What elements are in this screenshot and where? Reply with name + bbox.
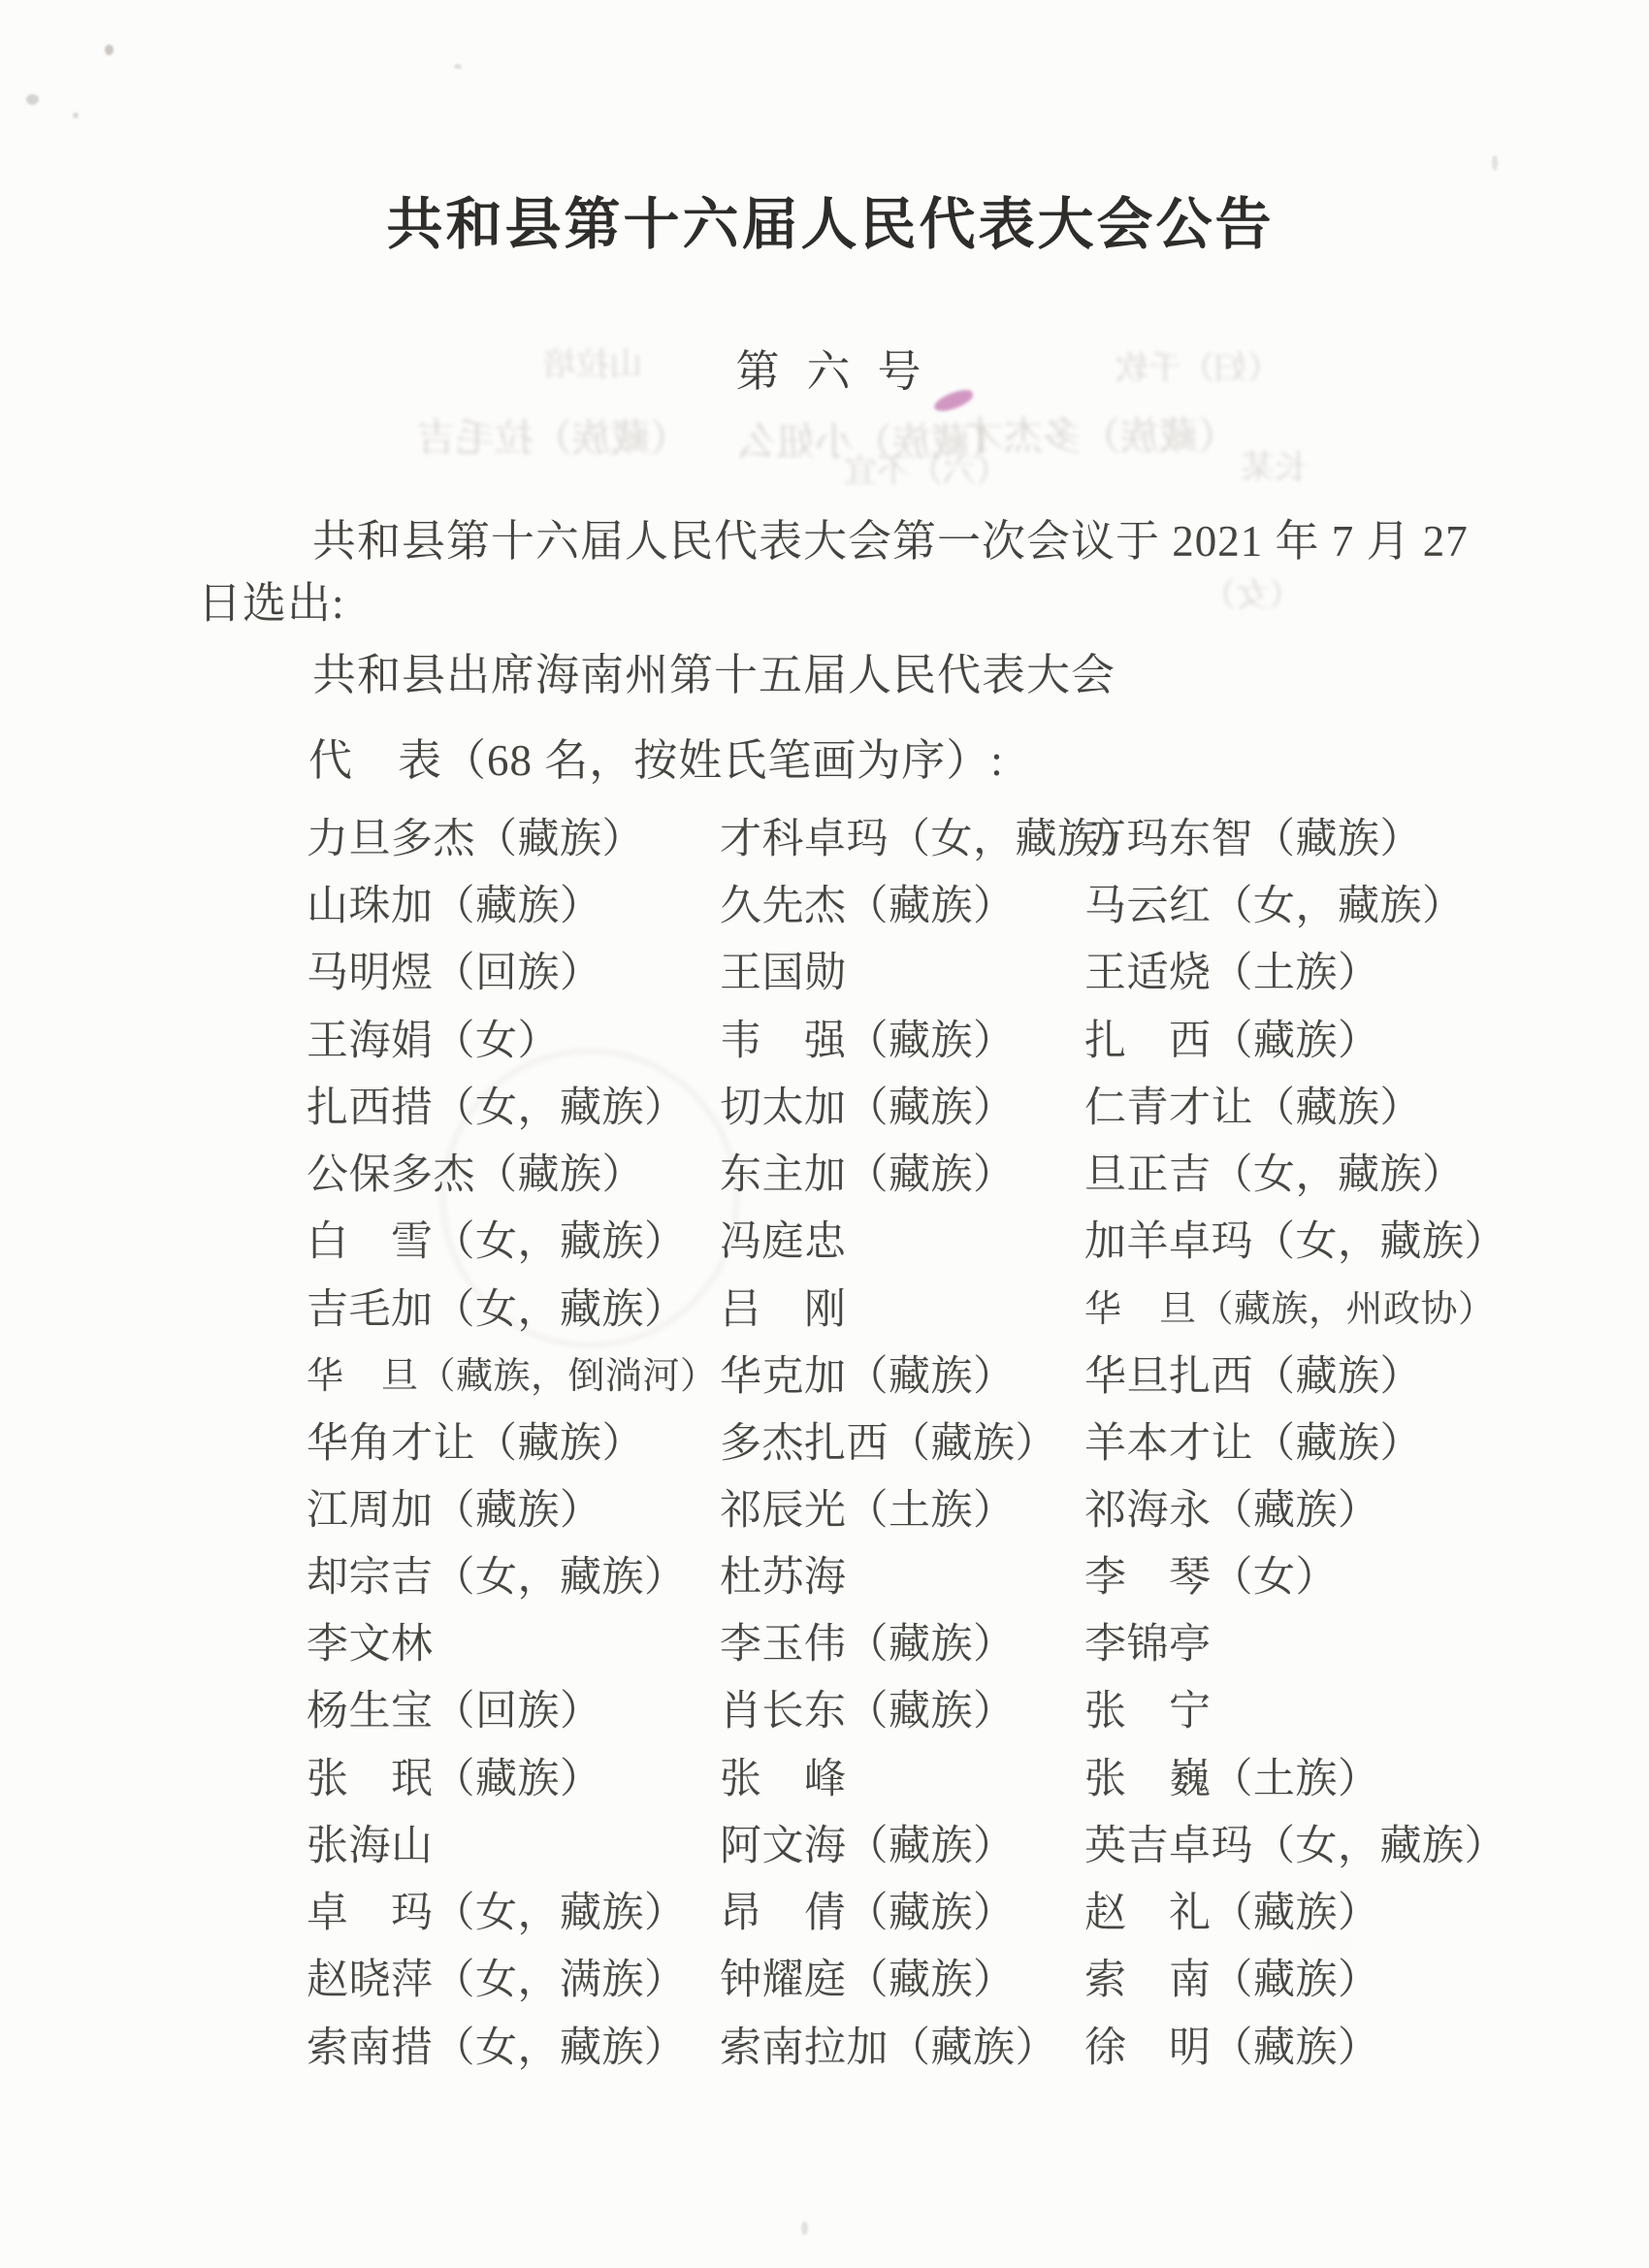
delegate-name: 杜苏海 (720, 1554, 847, 1602)
delegate-name: 索 南（藏族） (1084, 1957, 1380, 2004)
delegate-name: 张海山 (307, 1823, 434, 1870)
delegate-row: 江周加（藏族） 祁辰光（土族） 祁海永（藏族） (0, 1487, 1649, 1545)
delegate-row: 卓 玛（女，藏族） 昂 倩（藏族） 赵 礼（藏族） (0, 1890, 1649, 1948)
delegate-name: 王海娟（女） (307, 1018, 560, 1065)
delegate-name: 吉毛加（女，藏族） (307, 1286, 687, 1334)
delegate-row: 王海娟（女） 韦 强（藏族） 扎 西（藏族） (0, 1018, 1649, 1076)
delegate-row: 却宗吉（女，藏族） 杜苏海 李 琴（女） (0, 1554, 1649, 1612)
delegate-name: 白 雪（女，藏族） (307, 1218, 687, 1266)
delegate-row: 吉毛加（女，藏族） 吕 刚 华 旦（藏族，州政协） (0, 1286, 1649, 1345)
delegate-name: 华 旦（藏族，倒淌河） (307, 1353, 718, 1401)
scan-speck (1492, 155, 1498, 171)
delegate-row: 马明煜（回族） 王国勋 王适烧（土族） (0, 950, 1649, 1008)
delegate-name: 杨生宝（回族） (307, 1688, 602, 1735)
delegate-name: 东主加（藏族） (720, 1151, 1016, 1199)
delegate-name: 羊本才让（藏族） (1084, 1420, 1422, 1468)
body-paragraph-line1: 共和县第十六届人民代表大会第一次会议于 2021 年 7 月 27 (312, 516, 1469, 567)
delegate-name: 张 巍（土族） (1084, 1756, 1380, 1803)
document-number: 第六号 (17, 347, 1649, 396)
delegate-name: 张 宁 (1084, 1688, 1212, 1735)
delegate-name: 马云红（女，藏族） (1084, 883, 1465, 930)
delegate-name: 华旦扎西（藏族） (1084, 1353, 1422, 1401)
bleedthrough-text: （藏族）多杰才 (965, 417, 1237, 456)
delegate-name: 加羊卓玛（女，藏族） (1084, 1218, 1506, 1266)
delegate-row: 赵晓萍（女，满族） 钟耀庭（藏族） 索 南（藏族） (0, 1957, 1649, 2015)
delegate-row: 索南措（女，藏族） 索南拉加（藏族） 徐 明（藏族） (0, 2025, 1649, 2083)
delegate-name: 李文林 (307, 1621, 434, 1669)
delegate-name: 华角才让（藏族） (307, 1420, 644, 1468)
delegate-name: 冯庭忠 (720, 1218, 847, 1266)
delegate-name: 张 峰 (720, 1756, 847, 1803)
delegate-list-header: 代 表（68 名，按姓氏笔画为序）: (308, 735, 1004, 786)
delegate-row: 杨生宝（回族） 肖长东（藏族） 张 宁 (0, 1688, 1649, 1746)
delegate-row: 张 珉（藏族） 张 峰 张 巍（土族） (0, 1756, 1649, 1814)
scan-speck (73, 113, 79, 118)
delegate-name: 李玉伟（藏族） (720, 1621, 1016, 1669)
delegate-name: 李锦亭 (1084, 1621, 1212, 1669)
delegate-name: 华克加（藏族） (720, 1353, 1016, 1401)
delegate-name: 昂 倩（藏族） (720, 1890, 1016, 1937)
delegate-row: 华 旦（藏族，倒淌河） 华克加（藏族） 华旦扎西（藏族） (0, 1353, 1649, 1411)
delegate-name: 卓 玛（女，藏族） (307, 1890, 687, 1937)
bleedthrough-text: （六）不宜 (844, 456, 1009, 489)
delegate-row: 白 雪（女，藏族） 冯庭忠 加羊卓玛（女，藏族） (0, 1218, 1649, 1277)
delegate-name: 久先杰（藏族） (720, 883, 1016, 930)
delegate-name: 索南拉加（藏族） (720, 2025, 1057, 2072)
body-paragraph-line2: 日选出: (198, 578, 345, 629)
session-title-line: 共和县出席海南州第十五届人民代表大会 (312, 650, 1115, 700)
delegate-name: 扎西措（女，藏族） (307, 1085, 687, 1132)
delegate-name: 英吉卓玛（女，藏族） (1084, 1823, 1506, 1870)
delegate-name: 赵 礼（藏族） (1084, 1890, 1380, 1937)
delegate-name: 力旦多杰（藏族） (307, 816, 644, 863)
delegate-name: 万玛东智（藏族） (1084, 816, 1422, 863)
delegate-name: 公保多杰（藏族） (307, 1151, 644, 1199)
delegate-name: 吕 刚 (720, 1286, 847, 1334)
delegate-name: 徐 明（藏族） (1084, 2025, 1380, 2072)
delegate-name: 才科卓玛（女，藏族） (720, 816, 1142, 863)
scan-speck (105, 45, 113, 55)
delegate-name: 仁青才让（藏族） (1084, 1085, 1422, 1132)
delegate-row: 张海山 阿文海（藏族） 英吉卓玛（女，藏族） (0, 1823, 1649, 1881)
delegate-name: 扎 西（藏族） (1084, 1018, 1380, 1065)
bleedthrough-text: （藏族）小妞么 (737, 423, 1009, 462)
delegate-name: 肖长东（藏族） (720, 1688, 1016, 1735)
delegate-row: 公保多杰（藏族） 东主加（藏族） 旦正吉（女，藏族） (0, 1151, 1649, 1210)
delegate-row: 山珠加（藏族） 久先杰（藏族） 马云红（女，藏族） (0, 883, 1649, 941)
delegate-name: 切太加（藏族） (720, 1085, 1016, 1132)
scan-speck (801, 2221, 808, 2235)
bleedthrough-text: （女） (1203, 580, 1302, 613)
delegate-name: 华 旦（藏族，州政协） (1084, 1286, 1496, 1334)
delegate-row: 力旦多杰（藏族） 才科卓玛（女，藏族） 万玛东智（藏族） (0, 816, 1649, 874)
scan-speck (454, 64, 462, 69)
delegate-name: 祁海永（藏族） (1084, 1487, 1380, 1535)
scan-speck (26, 94, 39, 105)
delegate-name: 马明煜（回族） (307, 950, 602, 997)
scanned-announcement-page: 山拉培 （妇）千软 （藏族）拉毛吉 （藏族）小妞么 （藏族）多杰才 （六）不宜 … (0, 0, 1649, 2268)
delegate-name: 赵晓萍（女，满族） (307, 1957, 687, 2004)
delegate-name: 王适烧（土族） (1084, 950, 1380, 997)
delegate-name: 却宗吉（女，藏族） (307, 1554, 687, 1602)
delegate-row: 扎西措（女，藏族） 切太加（藏族） 仁青才让（藏族） (0, 1085, 1649, 1143)
delegate-name: 索南措（女，藏族） (307, 2025, 687, 2072)
delegate-name: 阿文海（藏族） (720, 1823, 1016, 1870)
delegate-name: 李 琴（女） (1084, 1554, 1338, 1602)
delegate-row: 李文林 李玉伟（藏族） 李锦亭 (0, 1621, 1649, 1679)
delegate-name: 张 珉（藏族） (307, 1756, 602, 1803)
delegate-name: 钟耀庭（藏族） (720, 1957, 1016, 2004)
bleedthrough-text: （藏族）拉毛吉 (417, 419, 689, 458)
delegate-name: 江周加（藏族） (307, 1487, 602, 1535)
delegate-name: 山珠加（藏族） (307, 883, 602, 930)
delegate-name: 韦 强（藏族） (720, 1018, 1016, 1065)
delegate-name: 多杰扎西（藏族） (720, 1420, 1057, 1468)
delegate-name: 王国勋 (720, 950, 847, 997)
delegate-name: 旦正吉（女，藏族） (1084, 1151, 1465, 1199)
document-title: 共和县第十六届人民代表大会公告 (6, 194, 1649, 256)
delegate-name: 祁辰光（土族） (720, 1487, 1016, 1535)
bleedthrough-text: 长某 (1242, 452, 1308, 485)
delegate-row: 华角才让（藏族） 多杰扎西（藏族） 羊本才让（藏族） (0, 1420, 1649, 1478)
